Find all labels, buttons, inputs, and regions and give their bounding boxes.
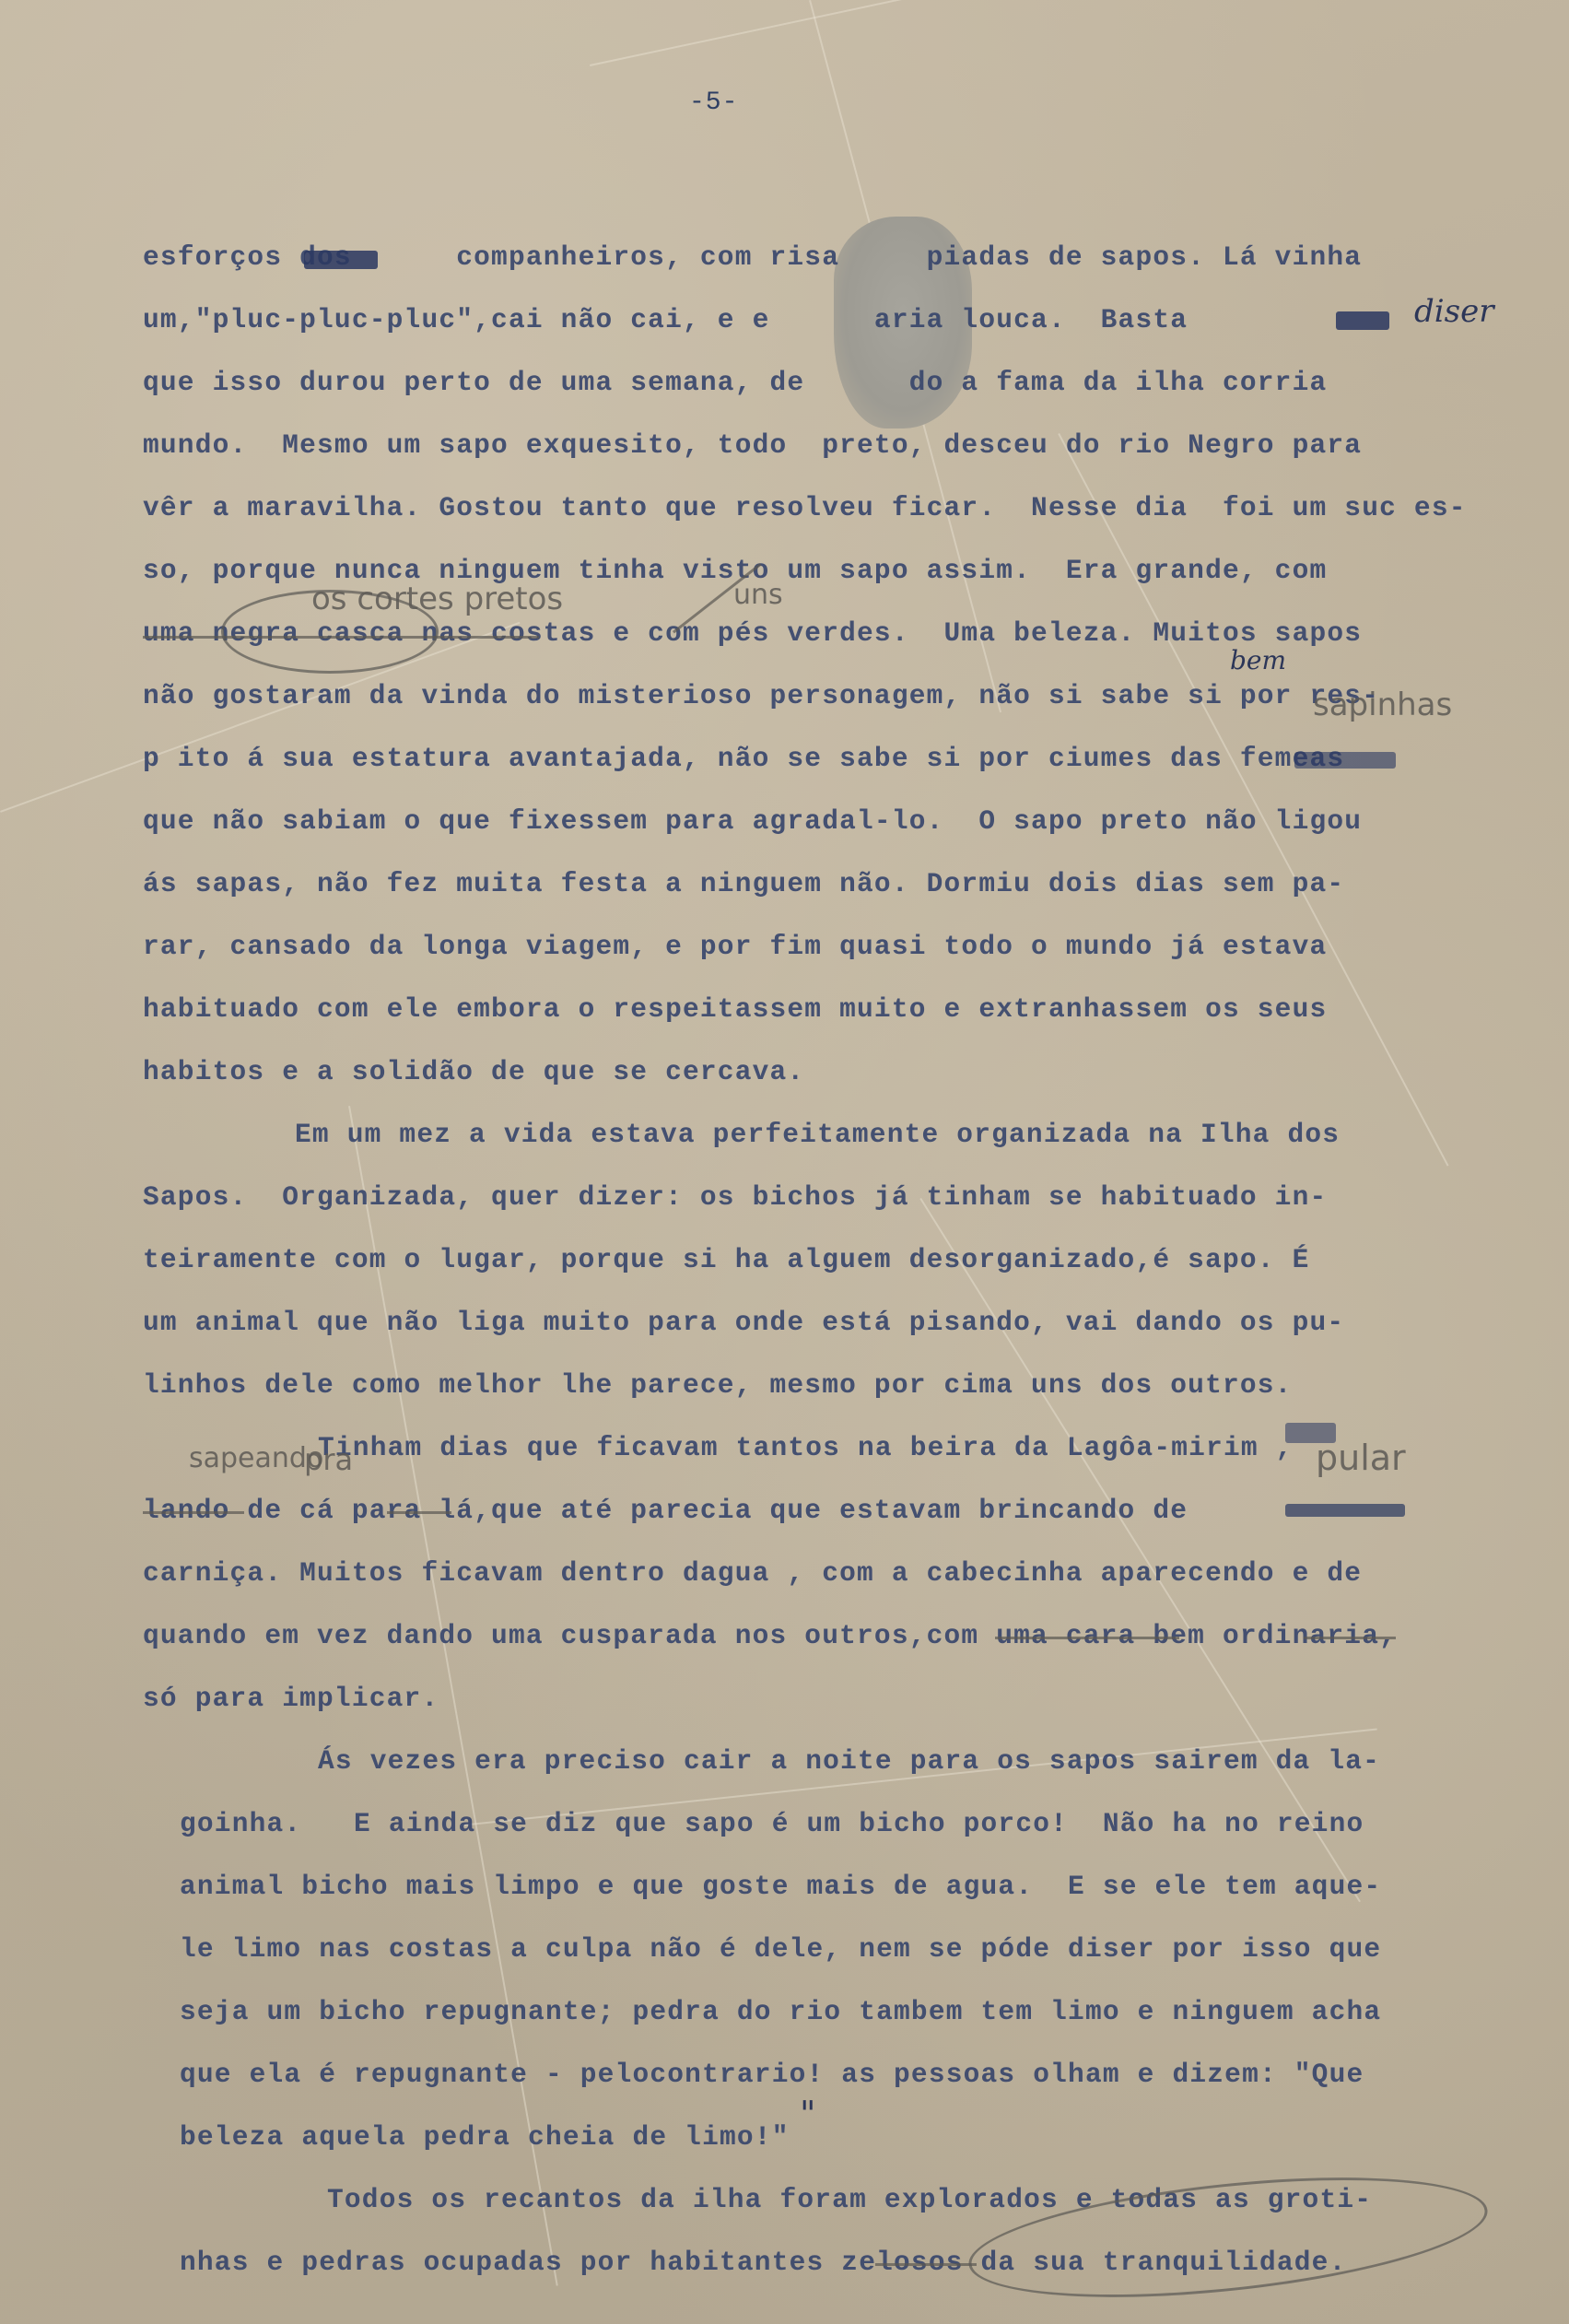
ink-annotation: bem xyxy=(1230,645,1286,675)
typed-line: um,"pluc-pluc-pluc",cai não cai, e e ari… xyxy=(143,304,1188,335)
ink-annotation: diser xyxy=(1414,293,1493,330)
typed-strikeout xyxy=(1294,752,1396,769)
pencil-annotation: os cortes pretos xyxy=(311,581,563,617)
typed-line: carniça. Muitos ficavam dentro dagua , c… xyxy=(143,1557,1362,1589)
pencil-strikethrough xyxy=(995,1637,1179,1639)
typed-line: habitos e a solidão de que se cercava. xyxy=(143,1056,804,1087)
typed-line: Ás vezes era preciso cair a noite para o… xyxy=(318,1745,1380,1777)
typed-line: rar, cansado da longa viagem, e por fim … xyxy=(143,931,1327,962)
typed-line: teiramente com o lugar, porque si ha alg… xyxy=(143,1244,1310,1275)
typed-line: Sapos. Organizada, quer dizer: os bichos… xyxy=(143,1181,1327,1213)
typed-strikeout xyxy=(1285,1504,1405,1517)
typed-line: linhos dele como melhor lhe parece, mesm… xyxy=(143,1369,1293,1401)
typed-strikeout xyxy=(304,251,378,269)
typed-line: lando de cá para lá,que até parecia que … xyxy=(143,1495,1188,1526)
typed-line: um animal que não liga muito para onde e… xyxy=(143,1307,1344,1338)
typed-line: Tinham dias que ficavam tantos na beira … xyxy=(318,1432,1294,1463)
typed-line: vêr a maravilha. Gostou tanto que resolv… xyxy=(143,492,1467,523)
typed-line: Em um mez a vida estava perfeitamente or… xyxy=(295,1119,1340,1150)
pencil-annotation: sapinhas xyxy=(1313,687,1452,723)
document-page: -5- esforços dos companheiros, com risa … xyxy=(0,0,1569,2324)
typed-line: seja um bicho repugnante; pedra do rio t… xyxy=(180,1996,1381,2027)
paper-crease xyxy=(590,0,1221,66)
typed-line: quando em vez dando uma cusparada nos ou… xyxy=(143,1620,1397,1651)
typed-line: ás sapas, não fez muita festa a ninguem … xyxy=(143,868,1344,899)
pencil-strikethrough xyxy=(875,2263,977,2266)
pencil-annotation: uns xyxy=(733,579,783,611)
typed-line: le limo nas costas a culpa não é dele, n… xyxy=(180,1933,1381,1965)
pencil-strikethrough xyxy=(387,1511,451,1514)
pencil-strikethrough xyxy=(143,1511,244,1514)
typed-line: animal bicho mais limpo e que goste mais… xyxy=(180,1871,1381,1902)
paper-crease xyxy=(1058,433,1448,1167)
paper-crease xyxy=(919,1198,1361,1902)
typed-line: não gostaram da vinda do misterioso pers… xyxy=(143,680,1379,711)
pencil-annotation: pular xyxy=(1316,1438,1406,1478)
typed-line: p ito á sua estatura avantajada, não se … xyxy=(143,743,1344,774)
typed-line: goinha. E ainda se diz que sapo é um bic… xyxy=(180,1808,1364,1839)
typed-line: que ela é repugnante - pelocontrario! as… xyxy=(180,2059,1364,2090)
pencil-strikethrough xyxy=(1304,1637,1396,1639)
pencil-circle-mark xyxy=(963,2157,1493,2318)
typed-line: que não sabiam o que fixessem para agrad… xyxy=(143,805,1362,837)
typed-line: só para implicar. xyxy=(143,1683,439,1714)
pencil-annotation: pra xyxy=(304,1442,353,1477)
typed-line: mundo. Mesmo um sapo exquesito, todo pre… xyxy=(143,429,1362,461)
typed-line: beleza aquela pedra cheia de limo!" xyxy=(180,2121,790,2153)
typed-strikeout xyxy=(1336,311,1389,330)
typed-line: habituado com ele embora o respeitassem … xyxy=(143,993,1327,1025)
ink-annotation: " xyxy=(800,2094,815,2134)
page-number: -5- xyxy=(689,88,738,117)
typed-line: que isso durou perto de uma semana, de d… xyxy=(143,367,1327,398)
